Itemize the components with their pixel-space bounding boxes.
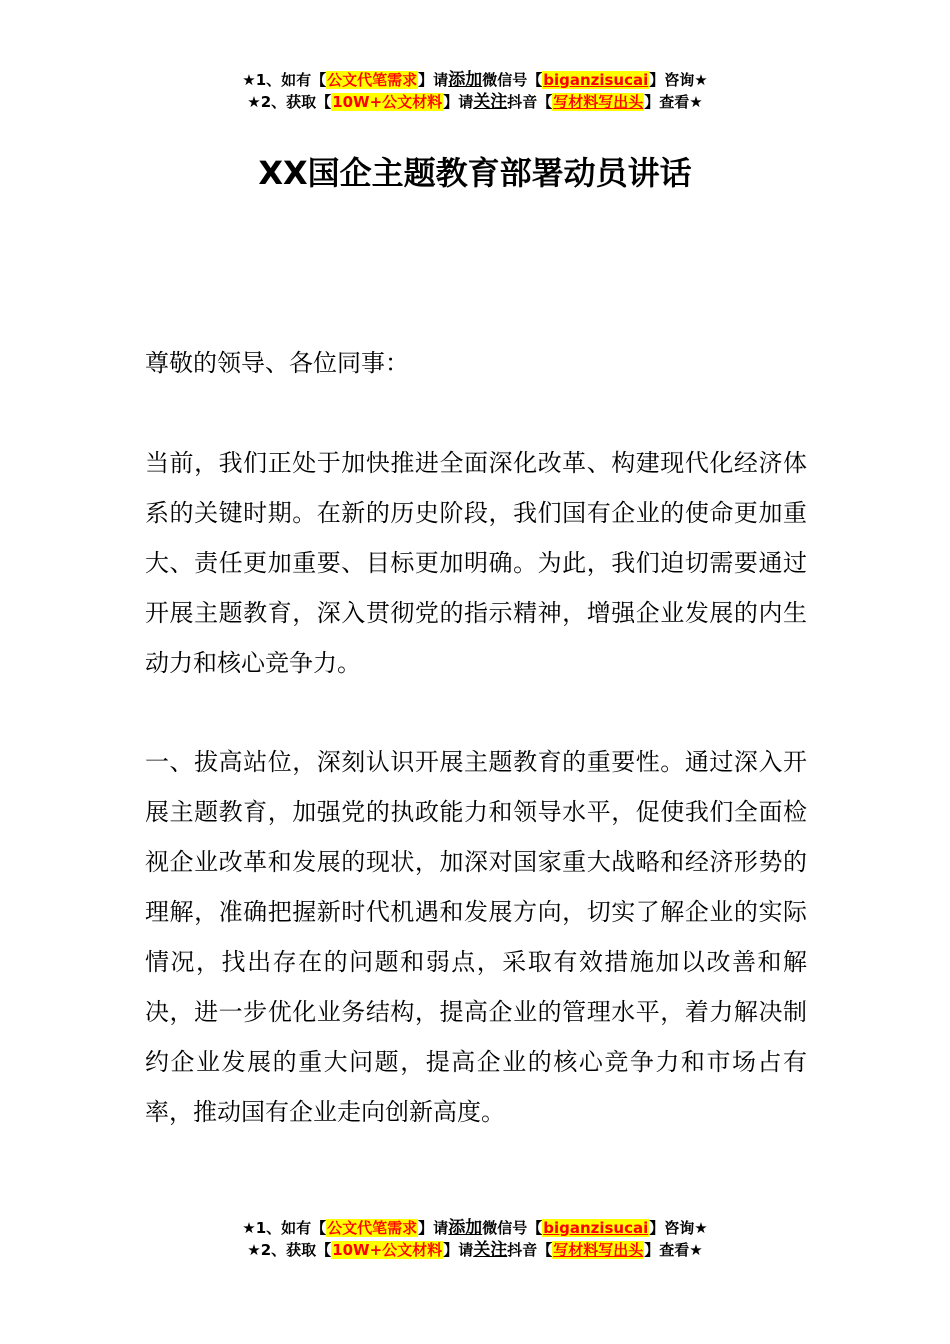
highlight-service: 公文代笔需求 [326, 71, 418, 89]
highlight-wechat-id: biganzisucai [542, 1219, 649, 1237]
banner-text: ★2、获取【 [247, 1241, 331, 1259]
banner-text: 】请 [443, 93, 473, 111]
banner-text: ★1、如有【 [242, 71, 326, 89]
banner-text: ★1、如有【 [242, 1219, 326, 1237]
banner-line-2: ★2、获取【10W+公文材料】请关注抖音【写材料写出头】查看★ [0, 1239, 950, 1261]
highlight-materials: 10W+公文材料 [331, 93, 443, 111]
paragraph-2: 一、拔高站位，深刻认识开展主题教育的重要性。通过深入开展主题教育，加强党的执政能… [145, 737, 807, 1137]
paragraph-1: 当前，我们正处于加快推进全面深化改革、构建现代化经济体系的关键时期。在新的历史阶… [145, 438, 807, 688]
highlight-service: 公文代笔需求 [326, 1219, 418, 1237]
banner-line-1: ★1、如有【公文代笔需求】请添加微信号【biganzisucai】咨询★ [0, 69, 950, 91]
banner-text: 】请 [443, 1241, 473, 1259]
footer-banner: ★1、如有【公文代笔需求】请添加微信号【biganzisucai】咨询★ ★2、… [0, 1217, 950, 1261]
emphasis-follow: 关注 [473, 1240, 507, 1260]
highlight-materials: 10W+公文材料 [331, 1241, 443, 1259]
banner-text: 抖音【 [507, 1241, 552, 1259]
emphasis-add: 添加 [448, 1218, 482, 1238]
banner-text: 】咨询★ [649, 1219, 707, 1237]
highlight-douyin-account: 写材料写出头 [552, 1241, 644, 1259]
banner-text: ★2、获取【 [247, 93, 331, 111]
greeting-text: 尊敬的领导、各位同事： [145, 338, 807, 388]
banner-text: 】请 [418, 71, 448, 89]
emphasis-add: 添加 [448, 70, 482, 90]
banner-line-2: ★2、获取【10W+公文材料】请关注抖音【写材料写出头】查看★ [0, 91, 950, 113]
banner-text: 】咨询★ [649, 71, 707, 89]
banner-text: 微信号【 [482, 71, 542, 89]
paragraph-text: 当前，我们正处于加快推进全面深化改革、构建现代化经济体系的关键时期。在新的历史阶… [145, 438, 807, 688]
banner-text: 】查看★ [644, 1241, 702, 1259]
banner-line-1: ★1、如有【公文代笔需求】请添加微信号【biganzisucai】咨询★ [0, 1217, 950, 1239]
greeting: 尊敬的领导、各位同事： [145, 338, 807, 388]
banner-text: 】请 [418, 1219, 448, 1237]
highlight-wechat-id: biganzisucai [542, 71, 649, 89]
highlight-douyin-account: 写材料写出头 [552, 93, 644, 111]
emphasis-follow: 关注 [473, 92, 507, 112]
banner-text: 抖音【 [507, 93, 552, 111]
document-title: XX国企主题教育部署动员讲话 [0, 150, 950, 196]
header-banner: ★1、如有【公文代笔需求】请添加微信号【biganzisucai】咨询★ ★2、… [0, 69, 950, 113]
paragraph-text: 一、拔高站位，深刻认识开展主题教育的重要性。通过深入开展主题教育，加强党的执政能… [145, 737, 807, 1137]
banner-text: 】查看★ [644, 93, 702, 111]
banner-text: 微信号【 [482, 1219, 542, 1237]
